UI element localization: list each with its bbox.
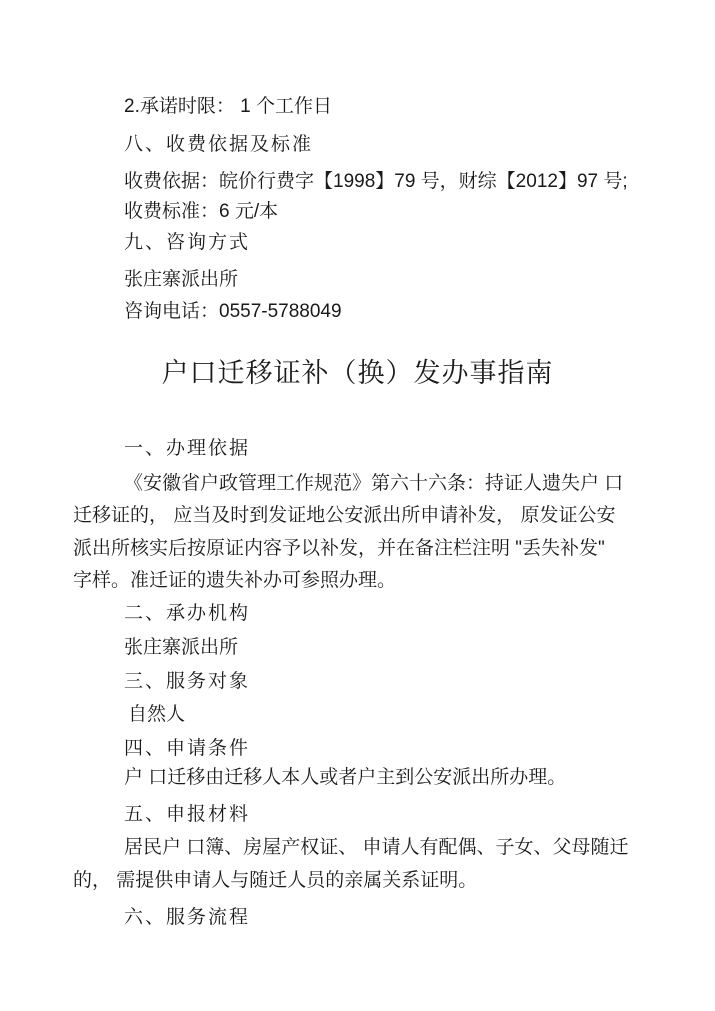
line-fee-standard: 收费标准：6 元/本: [124, 200, 278, 223]
heading-processing-basis: 一、办理依据: [124, 437, 250, 460]
document-page: 2.承诺时限： 1 个工作日 八、收费依据及标准 收费依据：皖价行费字【1998…: [0, 0, 715, 1011]
line-agency-name: 张庄寨派出所: [124, 636, 238, 659]
heading-undertaking-agency: 二、承办机构: [124, 602, 250, 625]
heading-fees-basis-standard: 八、收费依据及标准: [124, 133, 313, 156]
para-processing-basis-line-4: 字样。准迁证的遗失补办可参照办理。: [73, 569, 396, 592]
heading-application-materials: 五、申报材料: [124, 803, 250, 826]
line-fee-basis: 收费依据：皖价行费字【1998】79 号，财综【2012】97 号;: [124, 170, 628, 193]
line-application-conditions: 户 口迁移由迁移人本人或者户主到公安派出所办理。: [124, 766, 566, 789]
page-title: 户口迁移证补（换）发办事指南: [0, 356, 715, 390]
line-agency-name-previous: 张庄寨派出所: [124, 268, 238, 291]
heading-consultation-method: 九、咨询方式: [124, 231, 250, 254]
para-processing-basis-line-1: 《安徽省户政管理工作规范》第六十六条：持证人遗失户 口: [124, 472, 623, 495]
para-processing-basis-line-2: 迁移证的， 应当及时到发证地公安派出所申请补发， 原发证公安: [73, 504, 616, 527]
line-promise-deadline: 2.承诺时限： 1 个工作日: [124, 95, 332, 118]
heading-application-conditions: 四、申请条件: [124, 737, 250, 760]
heading-service-target: 三、服务对象: [124, 670, 250, 693]
para-application-materials-line-2: 的， 需提供申请人与随迁人员的亲属关系证明。: [73, 869, 477, 892]
line-natural-person: 自然人: [128, 703, 185, 726]
heading-service-process: 六、服务流程: [124, 906, 250, 929]
para-processing-basis-line-3: 派出所核实后按原证内容予以补发，并在备注栏注明 "丢失补发": [73, 537, 605, 560]
para-application-materials-line-1: 居民户 口簿、房屋产权证、 申请人有配偶、子女、父母随迁: [124, 836, 629, 859]
line-consultation-phone: 咨询电话：0557-5788049: [124, 300, 342, 323]
